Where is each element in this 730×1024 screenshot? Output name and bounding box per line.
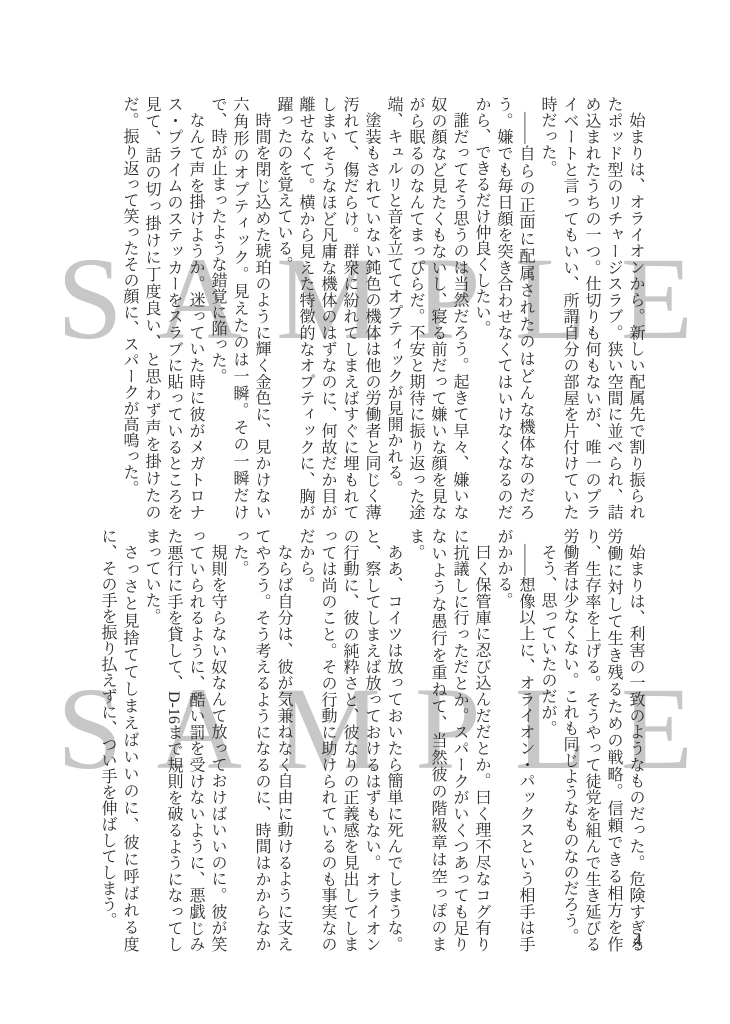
paragraph: ならば自分は、彼が気兼ねなく自由に動けるように支えてやろう。そう考えるようになる…	[228, 528, 294, 952]
paragraph: 誰だってそう思うのは当然だろう。起きて早々、嫌いな奴の顔など見たくもないし、寝る…	[382, 96, 470, 520]
paragraph: 始まりは、利害の一致のようなものだった。危険すぎる労働に対して生き残るための戦略…	[558, 528, 646, 952]
paragraph: さっさと見捨ててしまえばいいのに、彼に呼ばれる度に、その手を振り払えずに、つい手…	[96, 528, 140, 952]
paragraph: 塗装もされていない鈍色の機体は他の労働者と同じく薄汚れて、傷だらけ。群衆に紛れて…	[272, 96, 382, 520]
paragraph: 時間を閉じ込めた琥珀のように輝く金色に、見かけない六角形のオプティック。見えたの…	[206, 96, 272, 520]
watermark-letter: S	[57, 240, 123, 358]
paragraph: ――自らの正面に配属されたのはどんな機体なのだろう。嫌でも毎日顔を突き合わせなく…	[470, 96, 536, 520]
paragraph: 始まりは、オライオンから。新しい配属先で割り振られたポッド型のリチャージスラブ。…	[536, 96, 646, 520]
paragraph: そう、思っていたのだが。	[536, 528, 558, 952]
story-text-block-top: 始まりは、オライオンから。新しい配属先で割り振られたポッド型のリチャージスラブ。…	[118, 96, 646, 520]
paragraph: 曰く保管庫に忍び込んだだとか。曰く理不尽なコグ有りに抗議しに行っただとか。スパー…	[404, 528, 492, 952]
paragraph: なんて声を掛けようか。迷っていた時に彼がメガトロナス・プライムのステッカーをスラ…	[118, 96, 206, 520]
paragraph: 規則を守らない奴なんて放っておけばいいのに。彼が笑っていられるように、酷い罰を受…	[140, 528, 228, 952]
novel-page: S A M P L E S A M P L E 始まりは、オライオンから。新しい…	[0, 0, 730, 1024]
paragraph: ――想像以上に、オライオン・パックスという相手は手がかかる。	[492, 528, 536, 952]
paragraph: ああ、コイツは放っておいたら簡単に死んでしまうな。と、察してしまえば放っておける…	[294, 528, 404, 952]
story-text-block-bottom: 始まりは、利害の一致のようなものだった。危険すぎる労働に対して生き残るための戦略…	[96, 528, 646, 952]
page-number: 4	[633, 930, 642, 951]
